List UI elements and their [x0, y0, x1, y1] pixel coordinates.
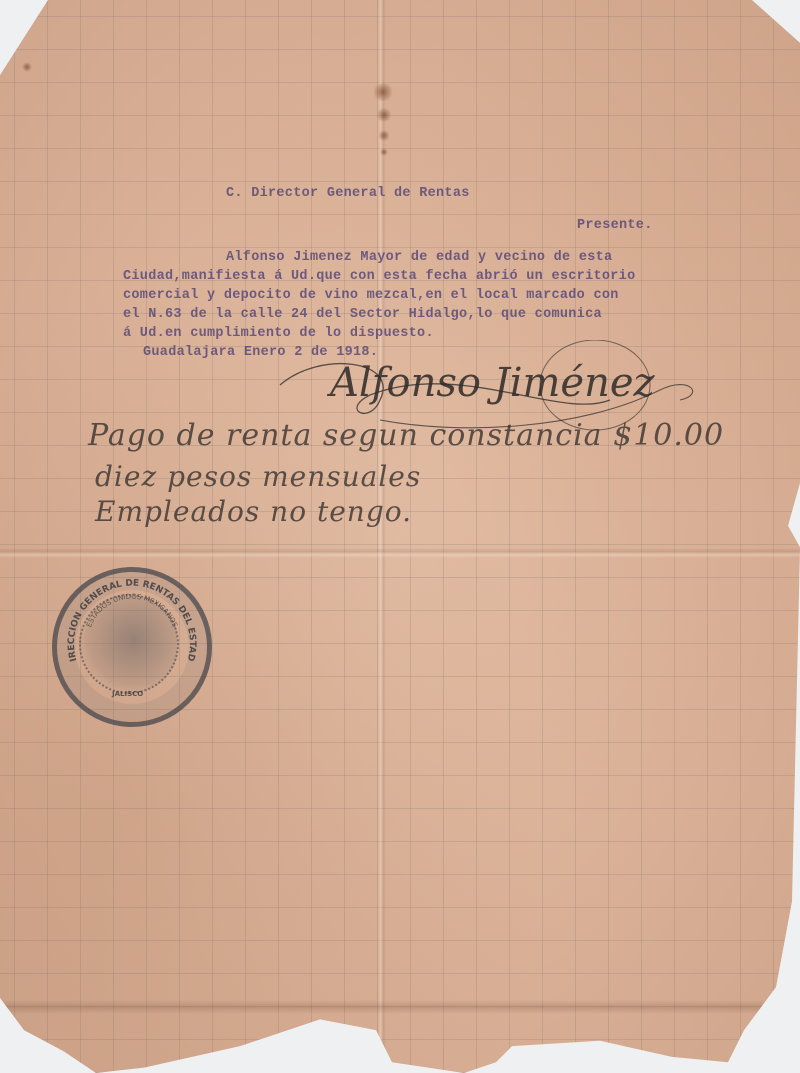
bottom-fold — [0, 1000, 800, 1014]
seal-ring-text: DIRECCION GENERAL DE RENTAS DEL ESTADO E… — [57, 572, 207, 722]
grid-lines — [0, 0, 800, 1073]
body-line-3: comercial y depocito de vino mezcal,en e… — [123, 286, 619, 305]
official-seal: DIRECCION GENERAL DE RENTAS DEL ESTADO E… — [52, 567, 212, 727]
horizontal-fold — [0, 548, 800, 558]
vertical-fold — [378, 0, 386, 1073]
svg-text:DIRECCION GENERAL DE RENTAS DE: DIRECCION GENERAL DE RENTAS DEL ESTADO — [57, 572, 197, 663]
paper-sheet: C. Director General de Rentas Presente. … — [0, 0, 800, 1073]
stain — [376, 108, 392, 122]
stain — [22, 62, 32, 72]
handwritten-note-2: diez pesos mensuales — [95, 460, 421, 493]
body-line-1: Alfonso Jimenez Mayor de edad y vecino d… — [226, 248, 612, 267]
stain — [380, 148, 388, 156]
handwritten-note-1: Pago de renta segun constancia $10.00 — [88, 418, 724, 453]
signature: Alfonso Jiménez — [330, 360, 655, 406]
handwritten-note-3: Empleados no tengo. — [95, 495, 412, 528]
salutation: Presente. — [577, 216, 653, 235]
body-line-4: el N.63 de la calle 24 del Sector Hidalg… — [123, 305, 602, 324]
addressee: C. Director General de Rentas — [226, 184, 470, 203]
body-line-2: Ciudad,manifiesta á Ud.que con esta fech… — [123, 267, 635, 286]
stain — [372, 83, 394, 101]
stain — [378, 130, 390, 141]
seal-bottom-text: JALISCO — [112, 690, 143, 698]
